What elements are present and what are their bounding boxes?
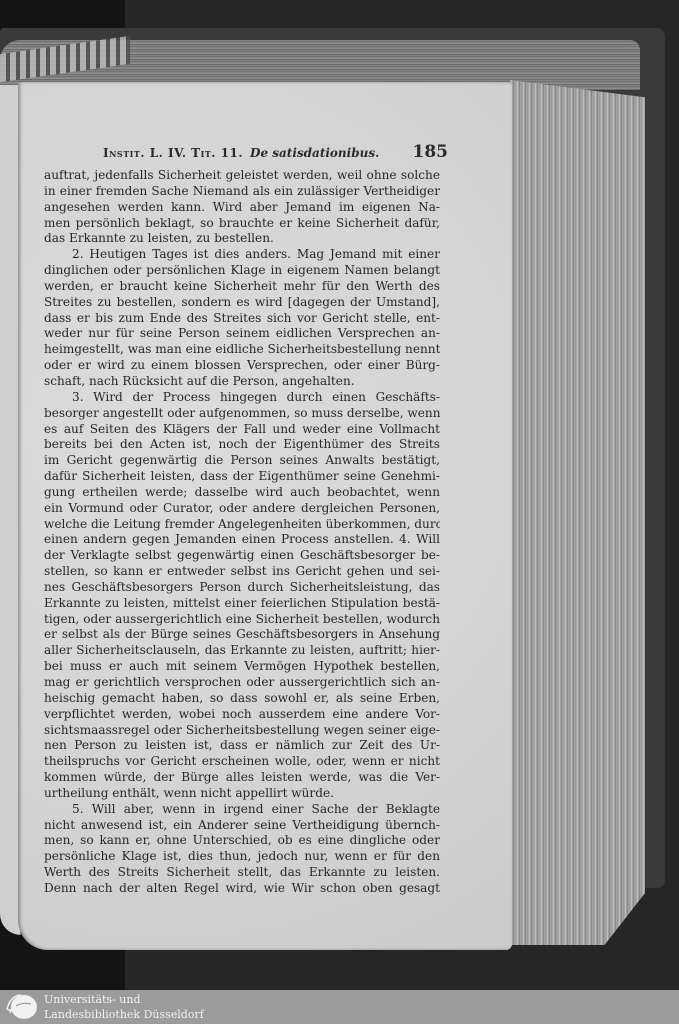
text-line: in einer fremden Sache Niemand als ein z… — [44, 184, 440, 200]
text-line: sichtsmaassregel oder Sicherheitsbestell… — [44, 723, 440, 739]
page-body-text: auftrat, jedenfalls Sicherheit geleistet… — [44, 168, 440, 897]
text-line: verpflichtet werden, wobei noch ausserde… — [44, 707, 440, 723]
running-head: Instit. L. IV. Tit. 11. — [103, 146, 243, 160]
text-line: im Gericht gegenwärtig die Person seines… — [44, 453, 440, 469]
institution-line-1: Universitäts- und — [44, 992, 204, 1007]
text-line: nen Person zu leisten ist, dass er nämli… — [44, 738, 440, 754]
text-line: schaft, nach Rücksicht auf die Person, a… — [44, 374, 440, 390]
institution-line-2: Landesbibliothek Düsseldorf — [44, 1007, 204, 1022]
text-line: bei muss er auch mit seinem Vermögen Hyp… — [44, 659, 440, 675]
text-line: es auf Seiten des Klägers der Fall und w… — [44, 422, 440, 438]
text-line: theilspruchs vor Gericht erscheinen woll… — [44, 754, 440, 770]
text-line: tigen, oder aussergerichtlich eine Siche… — [44, 612, 440, 628]
text-line: 3. Wird der Process hingegen durch einen… — [44, 390, 440, 406]
text-line: stellen, so kann er entweder selbst ins … — [44, 564, 440, 580]
text-line: dass er bis zum Ende des Streites sich v… — [44, 311, 440, 327]
text-line: nes Geschäftsbesorgers Person durch Sich… — [44, 580, 440, 596]
text-line: Streites zu bestellen, sondern es wird [… — [44, 295, 440, 311]
text-line: Denn nach der alten Regel wird, wie Wir … — [44, 881, 440, 897]
text-line: er selbst als der Bürge seines Geschäfts… — [44, 627, 440, 643]
text-line: persönliche Klage ist, dies thun, jedoch… — [44, 849, 440, 865]
text-line: welche die Leitung fremder Angelegenheit… — [44, 517, 440, 533]
text-line: weder nur für seine Person seinem eidlic… — [44, 326, 440, 342]
text-line: besorger angestellt oder aufgenommen, so… — [44, 406, 440, 422]
text-line: oder er wird zu einem blossen Verspreche… — [44, 358, 440, 374]
library-book-logo-icon — [4, 992, 38, 1022]
text-line: bereits bei den Acten ist, noch der Eige… — [44, 437, 440, 453]
text-line: urtheilung enthält, wenn nicht appellirt… — [44, 786, 440, 802]
text-line: ein Vormund oder Curator, oder andere de… — [44, 501, 440, 517]
text-line: Werth des Streits Sicherheit stellt, das… — [44, 865, 440, 881]
section-title: De satisdationibus. — [250, 146, 379, 160]
text-line: 5. Will aber, wenn in irgend einer Sache… — [44, 802, 440, 818]
text-line: einen andern gegen Jemanden einen Proces… — [44, 532, 440, 548]
text-line: mag er gerichtlich versprochen oder auss… — [44, 675, 440, 691]
text-line: angesehen werden kann. Wird aber Jemand … — [44, 200, 440, 216]
page-number: 185 — [413, 142, 449, 162]
text-line: der Verklagte selbst gegenwärtig einen G… — [44, 548, 440, 564]
text-line: men persönlich beklagt, so brauchte er k… — [44, 216, 440, 232]
page-header: Instit. L. IV. Tit. 11. De satisdationib… — [103, 142, 448, 164]
text-line: werden, er braucht keine Sicherheit mehr… — [44, 279, 440, 295]
text-line: Erkannte zu leisten, mittelst einer feie… — [44, 596, 440, 612]
text-line: nicht anwesend ist, ein Anderer seine Ve… — [44, 818, 440, 834]
text-line: auftrat, jedenfalls Sicherheit geleistet… — [44, 168, 440, 184]
text-line: heimgestellt, was man eine eidliche Sich… — [44, 342, 440, 358]
text-line: aller Sicherheitsclauseln, das Erkannte … — [44, 643, 440, 659]
text-line: heischig gemacht haben, so dass sowohl e… — [44, 691, 440, 707]
book-page: Instit. L. IV. Tit. 11. De satisdationib… — [18, 82, 512, 950]
text-line: men, so kann er, ohne Unterschied, ob es… — [44, 833, 440, 849]
footer-bar: Universitäts- und Landesbibliothek Düsse… — [0, 990, 679, 1024]
text-line: das Erkannte zu leisten, zu bestellen. — [44, 231, 440, 247]
book-scan: Instit. L. IV. Tit. 11. De satisdationib… — [0, 0, 679, 990]
text-line: gung ertheilen werde; dasselbe wird auch… — [44, 485, 440, 501]
text-line: dinglichen oder persönlichen Klage in ei… — [44, 263, 440, 279]
text-line: kommen würde, der Bürge alles leisten we… — [44, 770, 440, 786]
right-page-edges — [510, 80, 645, 945]
text-line: 2. Heutigen Tages ist dies anders. Mag J… — [44, 247, 440, 263]
text-line: dafür Sicherheit leisten, dass der Eigen… — [44, 469, 440, 485]
institution-name: Universitäts- und Landesbibliothek Düsse… — [44, 992, 204, 1022]
